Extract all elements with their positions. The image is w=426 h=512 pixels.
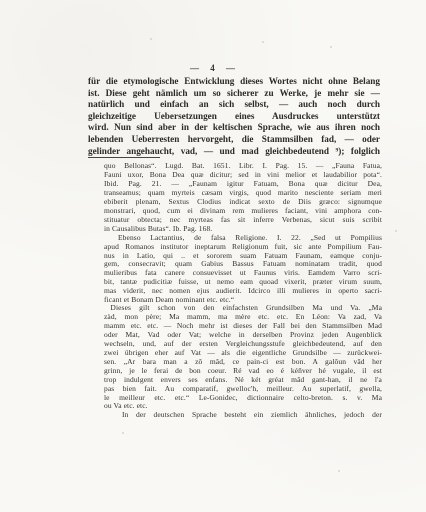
footnote-line: zwei übrigen eher auf Vat — als die eige… [104,349,382,358]
footnote-line: sen. „Ar bara man a zô mâd, ce pain-ci e… [104,358,382,367]
scan-noise-dot [122,432,124,434]
footnote-separator-rule [88,157,160,158]
footnote-line: Fauni uxor, Bona Dea quæ dicitur; sed in… [104,171,382,180]
footnote-line: pas bien fait. Au comparatif, gwelloc'h,… [104,385,382,394]
text-line: natürlich und einfach an sich selbst, — … [88,99,380,111]
scan-noise-dot [262,41,264,43]
text-line: ist. Diese geht nämlich um so sicherer z… [88,88,380,100]
scan-noise-dot [395,230,397,232]
footnote-continuation: quo Bellonas“. Lugd. Bat. 1651. Libr. I.… [104,162,382,305]
scanned-book-page: { "page": { "number_label": "— 4 —" }, "… [0,0,426,512]
footnote-line: Ibid. Pag. 21. — „Faunam igitur Fatuam, … [104,180,382,189]
text-line: gelinder angehaucht, vad, — und mad glei… [88,146,380,158]
footnote-line: apud Romanos institutor ineptarum Religi… [104,243,382,252]
footnote-line: gem, consecravit; quam Gabius Bassus Fat… [104,260,382,269]
page-number: — 4 — [0,63,426,73]
scan-noise-dot [150,38,152,40]
footnote-line: transeamus; quam myrteis cæsam virgis, q… [104,189,382,198]
footnote-line: trop indulgent envers ses enfans. Né két… [104,376,382,385]
footnote-line: bit, tantæ pudicitiæ fuisse, ut nemo eam… [104,278,382,287]
footnote-line: mulieribus fata canere consuevisset ut F… [104,269,382,278]
footnote-line: in Causalibus Butas“. Ib. Pag. 168. [104,225,382,234]
text-line: wird. Nun sind aber in der keltischen Sp… [88,122,380,134]
footnote-line: wechseln, und, auf der ersten Vergleichu… [104,340,382,349]
text-line: für die etymologische Entwicklung dieses… [88,76,380,88]
text-line: lebenden Ueberresten hervorgeht, die Sta… [88,134,380,146]
footnote-line: quo Bellonas“. Lugd. Bat. 1651. Libr. I.… [104,162,382,171]
footnote-line: nus in Latio, qui .. et sororem suam Fat… [104,252,382,261]
main-paragraph: für die etymologische Entwicklung dieses… [88,76,380,157]
footnote-line: stituatur obtecta; nec myrteas fas sit i… [104,216,382,225]
scan-noise-dot [330,46,332,48]
footnote-line: ⁹) Dieses gilt schon von den einfachsten… [104,304,382,313]
scan-noise-dot [338,470,340,472]
footnote-line: mas viderit, nec nomen ejus audierit. Id… [104,287,382,296]
footnote-line: In der deutschen Sprache besteht ein zie… [104,411,382,420]
footnote-line: grinn, je le ferai de bon coeur. Ré vad … [104,367,382,376]
footnote-line: monstrari, quod, cum ei divinam rem muli… [104,207,382,216]
text-line: gleichzeitige Uebersetzungen eines Ausdr… [88,111,380,123]
footnote-line: mamm etc. etc. — Noch mehr ist dieses de… [104,322,382,331]
footnote-line: le meilleur etc. etc.“ Le-Gonidec, dicti… [104,394,382,403]
footnote-9: ⁹) Dieses gilt schon von den einfachsten… [104,304,382,420]
footnote-line: Ebenso Lactantius, de falsa Religione. I… [104,234,382,243]
footnote-line: oder Mat, Vad oder Vat; welche in dersel… [104,331,382,340]
footnote-line: zàd, mon père; Ma mamm, ma mère etc. etc… [104,313,382,322]
footnote-line: ou Va etc. etc. [104,402,382,411]
footnote-line: ebiberit plenam, Sextus Clodius indicat … [104,198,382,207]
